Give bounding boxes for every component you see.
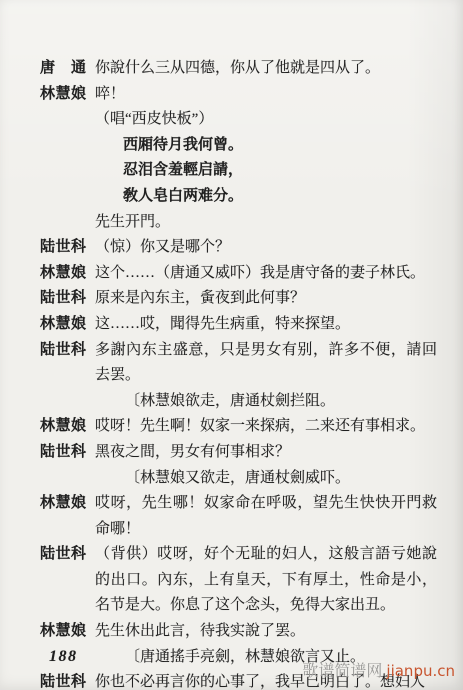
speaker-name: 陆世科: [40, 338, 95, 364]
script-page: 唐 通你說什么三从四德，你从了他就是四从了。林慧娘啐！（唱“西皮快板”）西厢待月…: [0, 0, 463, 690]
speaker-name: 林慧娘: [40, 619, 95, 645]
dialogue-text: 先生开門。: [95, 210, 437, 236]
verse-line: 忍泪含羞輕启請，: [95, 158, 437, 184]
dialogue-text: 黑夜之間，男女有何事相求？: [95, 440, 437, 466]
verse-line: 西厢待月我何曾。: [95, 133, 437, 159]
dialogue-text: 多謝內东主盛意，只是男女有别，許多不便，請回去罢。: [95, 338, 437, 389]
speaker-name: 陆世科: [40, 670, 95, 690]
verse-line: 敎人皂白两难分。: [95, 184, 437, 210]
dialogue-text: （背供）哎呀，好个无耻的妇人，这般言語亏她說的出口。內东，上有皇天，下有厚土，性…: [95, 542, 437, 619]
script-line: 林慧娘先生休出此言，待我实說了罢。: [40, 619, 437, 645]
dialogue-text: 先生休出此言，待我实說了罢。: [95, 619, 437, 645]
dialogue-text: 啐！: [95, 82, 437, 108]
script-line: 陆世科原来是內东主，夤夜到此何事？: [40, 286, 437, 312]
speaker-name: 陆世科: [40, 440, 95, 466]
dialogue-text: （惊）你又是哪个？: [95, 235, 437, 261]
script-line: 〔林慧娘又欲走，唐通杖劍威吓。: [40, 466, 437, 492]
script-line: 林慧娘哎呀！先生啊！奴家一来探病，二来还有事相求。: [40, 414, 437, 440]
script-line: 林慧娘这……哎，聞得先生病重，特来探望。: [40, 312, 437, 338]
script-line: 忍泪含羞輕启請，: [40, 158, 437, 184]
speaker-name: 林慧娘: [40, 82, 95, 108]
dialogue-text: 你說什么三从四德，你从了他就是四从了。: [95, 56, 437, 82]
watermark-site-url: jianpu.cn: [386, 662, 455, 680]
dialogue-text: 哎呀，先生哪！奴家命在呼吸，望先生快快开門救命哪！: [95, 491, 437, 542]
watermark-site-name: 歌谱简谱网: [302, 663, 382, 680]
stage-direction: 〔林慧娘又欲走，唐通杖劍威吓。: [95, 466, 437, 492]
speaker-name: 林慧娘: [40, 312, 95, 338]
watermark: 歌谱简谱网 jianpu.cn: [302, 658, 455, 681]
script-line: 先生开門。: [40, 210, 437, 236]
singing-cue: （唱“西皮快板”）: [95, 107, 437, 133]
speaker-name: 陆世科: [40, 542, 95, 568]
script-line: 陆世科（惊）你又是哪个？: [40, 235, 437, 261]
script-lines: 唐 通你說什么三从四德，你从了他就是四从了。林慧娘啐！（唱“西皮快板”）西厢待月…: [40, 56, 437, 690]
dialogue-text: 这……哎，聞得先生病重，特来探望。: [95, 312, 437, 338]
page-number: 188: [49, 648, 78, 666]
speaker-name: 林慧娘: [40, 491, 95, 517]
script-line: 陆世科黑夜之間，男女有何事相求？: [40, 440, 437, 466]
script-line: （唱“西皮快板”）: [40, 107, 437, 133]
stage-direction: 〔林慧娘欲走，唐通杖劍拦阻。: [95, 389, 437, 415]
script-line: 西厢待月我何曾。: [40, 133, 437, 159]
script-line: 陆世科（背供）哎呀，好个无耻的妇人，这般言語亏她說的出口。內东，上有皇天，下有厚…: [40, 542, 437, 619]
script-line: 唐 通你說什么三从四德，你从了他就是四从了。: [40, 56, 437, 82]
speaker-name: 林慧娘: [40, 261, 95, 287]
script-line: 林慧娘啐！: [40, 82, 437, 108]
script-line: 陆世科多謝內东主盛意，只是男女有别，許多不便，請回去罢。: [40, 338, 437, 389]
dialogue-text: 原来是內东主，夤夜到此何事？: [95, 286, 437, 312]
script-line: 〔林慧娘欲走，唐通杖劍拦阻。: [40, 389, 437, 415]
script-line: 林慧娘哎呀，先生哪！奴家命在呼吸，望先生快快开門救命哪！: [40, 491, 437, 542]
dialogue-text: 哎呀！先生啊！奴家一来探病，二来还有事相求。: [95, 414, 437, 440]
speaker-name: 唐 通: [40, 56, 95, 82]
script-line: 敎人皂白两难分。: [40, 184, 437, 210]
speaker-name: 林慧娘: [40, 414, 95, 440]
speaker-name: 陆世科: [40, 286, 95, 312]
speaker-name: 陆世科: [40, 235, 95, 261]
script-line: 林慧娘这个……（唐通又威吓）我是唐守备的妻子林氏。: [40, 261, 437, 287]
dialogue-text: 这个……（唐通又威吓）我是唐守备的妻子林氏。: [95, 261, 437, 287]
